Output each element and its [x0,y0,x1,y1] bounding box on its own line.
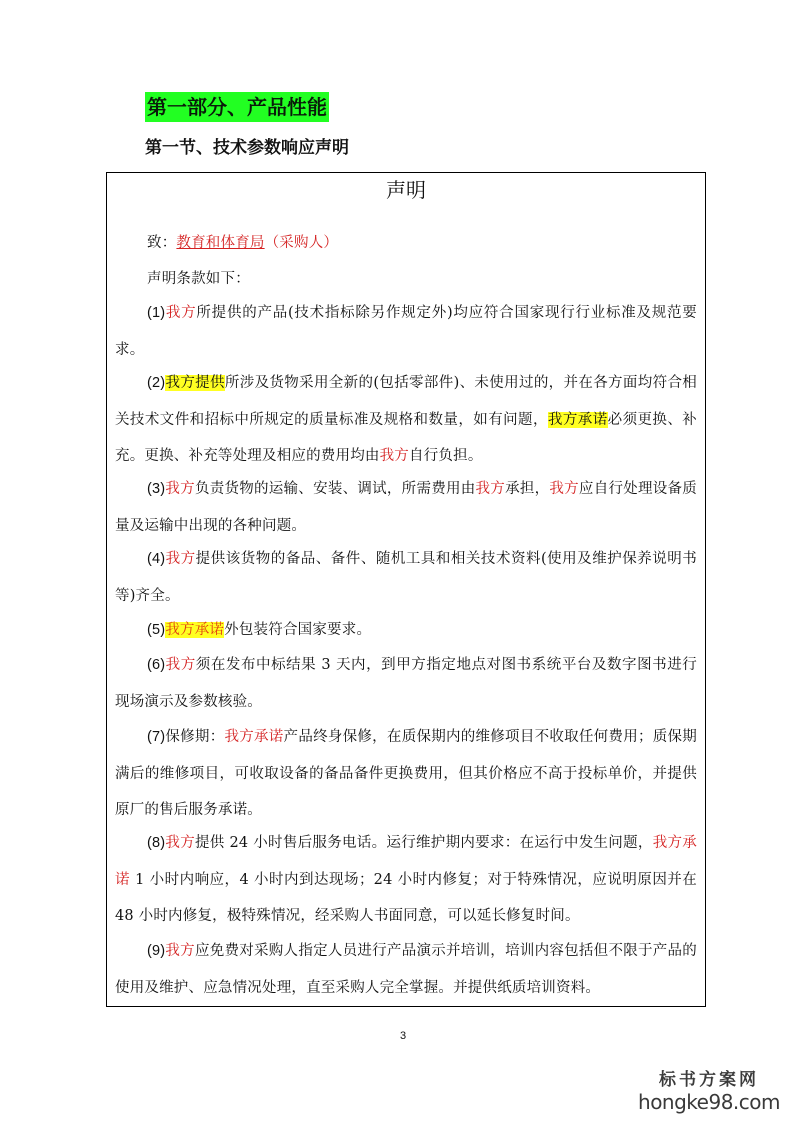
clause-5: (5)我方承诺外包装符合国家要求。 [115,612,697,649]
recipient-line: 致：教育和体育局（采购人） [115,225,697,262]
statement-box: 声明 致：教育和体育局（采购人） 声明条款如下： (1)我方所提供的产品(技术指… [106,172,706,1007]
highlight: 我方提供 [165,375,225,391]
recipient-role: （采购人） [265,235,339,251]
clause-9: (9)我方应免费对采购人指定人员进行产品演示并培训，培训内容包括但不限于产品的使… [115,933,697,1006]
watermark-cn: 标书方案网 [638,1070,780,1090]
page-number: 3 [400,1030,406,1042]
section-title: 第一节、技术参数响应声明 [145,136,349,160]
clause-2: (2)我方提供所涉及货物采用全新的(包括零部件)、未使用过的，并在各方面均符合相… [115,365,697,475]
statement-title: 声明 [107,175,705,205]
recipient-name: 教育和体育局 [176,235,264,251]
watermark: 标书方案网 hongke98.com [638,1070,780,1114]
watermark-en: hongke98.com [638,1090,780,1114]
clause-3: (3)我方负责货物的运输、安装、调试，所需费用由我方承担，我方应自行处理设备质量… [115,471,697,544]
clause-1: (1)我方所提供的产品(技术指标除另作规定外)均应符合国家现行行业标准及规范要求… [115,295,697,368]
clause-4: (4)我方提供该货物的备品、备件、随机工具和相关技术资料(使用及维护保养说明书等… [115,541,697,614]
highlight: 我方承诺 [548,412,608,428]
to-prefix: 致： [147,235,176,251]
part-title: 第一部分、产品性能 [145,92,329,122]
intro-line: 声明条款如下： [115,261,697,298]
clause-7: (7)保修期：我方承诺产品终身保修，在质保期内的维修项目不收取任何费用；质保期满… [115,719,697,829]
clause-8: (8)我方提供 24 小时售后服务电话。运行维护期内要求：在运行中发生问题，我方… [115,825,697,935]
highlight: 我方承诺 [165,622,224,638]
clause-6: (6)我方须在发布中标结果 3 天内，到甲方指定地点对图书系统平台及数字图书进行… [115,647,697,720]
